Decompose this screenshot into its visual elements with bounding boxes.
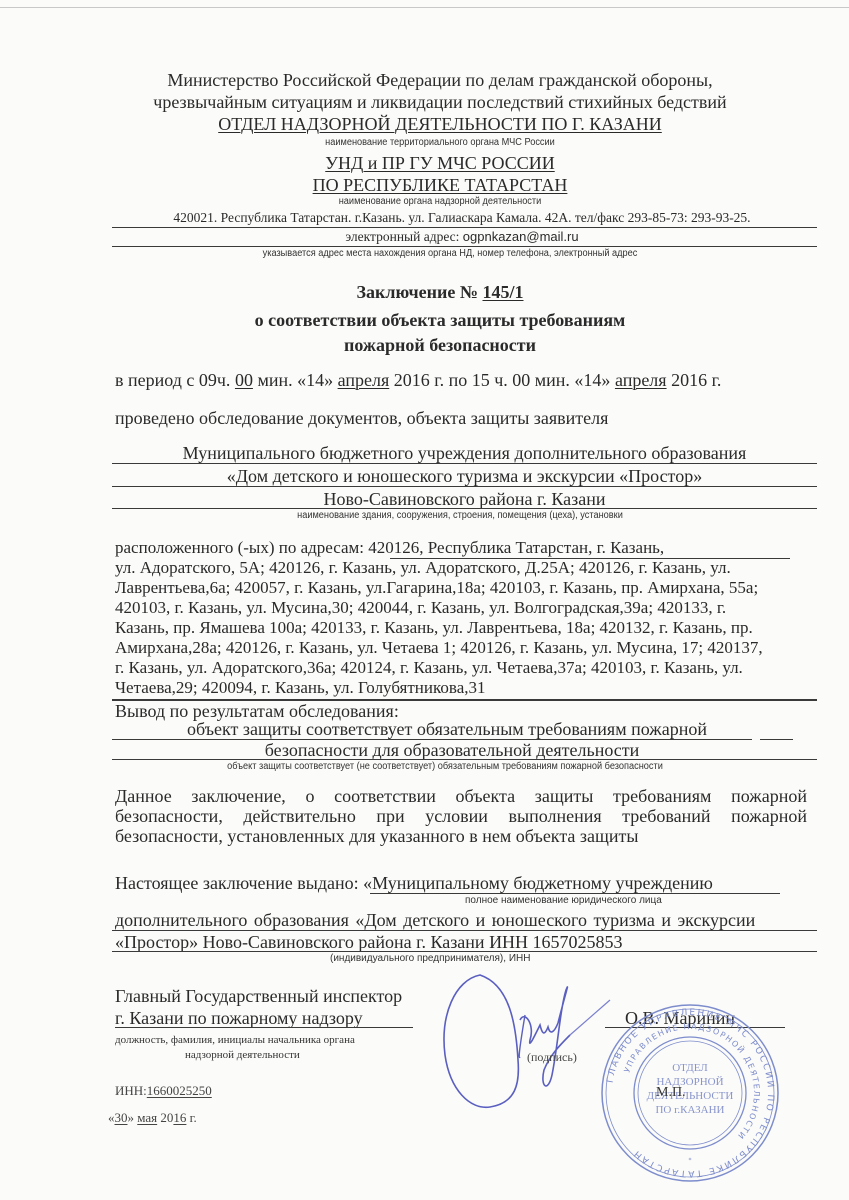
conclusion-label: Вывод по результатам обследования: [115,701,815,721]
official-stamp-icon: ГЛАВНОЕ УПРАВЛЕНИЕ МЧС РОССИИ ПО РЕСПУБЛ… [600,1003,780,1183]
svg-text:ОТДЕЛ: ОТДЕЛ [672,1062,708,1074]
address-caption: указывается адрес места нахождения орган… [174,248,726,260]
svg-text:ПО г.КАЗАНИ: ПО г.КАЗАНИ [655,1104,724,1116]
applicant-underline-1 [112,463,817,464]
department-caption: наименование территориального органа МЧС… [219,137,661,149]
conclusion-line-2: безопасности для образовательной деятель… [112,740,792,760]
date-line: «30» мая 2016 г. [108,1110,197,1126]
issued-line-3: «Простор» Ново-Савиновского района г. Ка… [115,932,815,952]
issued-caption-2: (индивидуального предпринимателя), ИНН [330,953,630,965]
address-line: г. Казань, ул. Адоратского,36а; 420124, … [115,658,815,678]
scan-edge-line [0,7,849,8]
conclusion-number: 145/1 [482,282,523,302]
applicant-caption: наименование здания, сооружения, строени… [175,510,745,522]
conclusion-underline-2 [112,759,817,760]
issued-underline-3 [112,951,817,952]
addresses-first-line: расположенного (-ых) по адресам: 420126,… [115,538,815,558]
title-line-2: о соответствии объекта защиты требования… [100,310,780,330]
email-address: ogpnkazan@mail.ru [463,229,579,244]
signatory-caption-1: должность, фамилия, инициалы начальника … [115,1034,435,1046]
email-underline [112,246,817,247]
signature-icon [440,965,620,1115]
signatory-position-1: Главный Государственный инспектор [115,986,435,1006]
authority-line-2: ПО РЕСПУБЛИКЕ ТАТАРСТАН [200,175,680,195]
ministry-line-1: Министерство Российской Федерации по дел… [100,70,780,90]
ministry-line-2: чрезвычайным ситуациям и ликвидации посл… [80,92,800,112]
inspection-period: в период с 09ч. 00 мин. «14» апреля 2016… [115,370,815,390]
address-line: Лаврентьева,6а; 420057, г. Казань, ул.Га… [115,578,815,598]
issued-underline-1 [370,893,780,894]
conclusion-title: Заключение № 145/1 [100,282,780,302]
address-underline [112,227,817,228]
conclusion-caption: объект защиты соответствует (не соответс… [146,761,744,773]
applicant-underline-3 [112,508,817,509]
applicant-line-2: «Дом детского и юношеского туризма и экс… [112,466,817,486]
title-line-3: пожарной безопасности [100,335,780,355]
issued-line-1: Настоящее заключение выдано: «Муниципаль… [115,873,815,893]
issued-line-2: дополнительного образования «Дом детског… [115,910,815,930]
applicant-line-1: Муниципального бюджетного учреждения доп… [112,443,817,463]
authority-line-1: УНД и ПР ГУ МЧС РОССИИ [200,153,680,173]
signature-caption: (подпись) [527,1050,577,1065]
applicant-underline-2 [112,486,817,487]
address-line: Казань, пр. Ямашева 100а; 420133, г. Каз… [115,618,815,638]
authority-caption: наименование органа надзорной деятельнос… [219,196,661,208]
inspection-text: проведено обследование документов, объек… [115,408,815,428]
issued-underline-2 [112,930,817,931]
address-line: Четаева,29; 420094, г. Казань, ул. Голуб… [115,678,815,698]
validity-paragraph: Данное заключение, о соответствии объект… [115,786,807,846]
signatory-position-2: г. Казани по пожарному надзору [115,1008,435,1028]
svg-text:*: * [689,1157,692,1164]
issued-caption-1: полное наименование юридического лица [465,895,765,907]
address-line: 420103, г. Казань, ул. Мусина,30; 420044… [115,598,815,618]
department-name: ОТДЕЛ НАДЗОРНОЙ ДЕЯТЕЛЬНОСТИ ПО Г. КАЗАН… [100,114,780,134]
inn-line: ИНН:1660025250 [115,1083,212,1099]
seal-mark: М.П. [656,1085,686,1101]
email-line: электронный адрес: ogpnkazan@mail.ru [112,229,812,245]
address-line: Амирхана,28а; 420126, г. Казань, ул. Чет… [115,638,815,658]
signatory-underline [115,1027,413,1028]
address-line: ул. Адоратского, 5А; 420126, г. Казань, … [115,558,815,578]
conclusion-line-1: объект защиты соответствует обязательным… [112,719,782,739]
signatory-caption-2: надзорной деятельности [185,1049,435,1061]
authority-address: 420021. Республика Татарстан. г.Казань. … [112,210,812,226]
applicant-line-3: Ново-Савиновского района г. Казани [112,489,817,509]
